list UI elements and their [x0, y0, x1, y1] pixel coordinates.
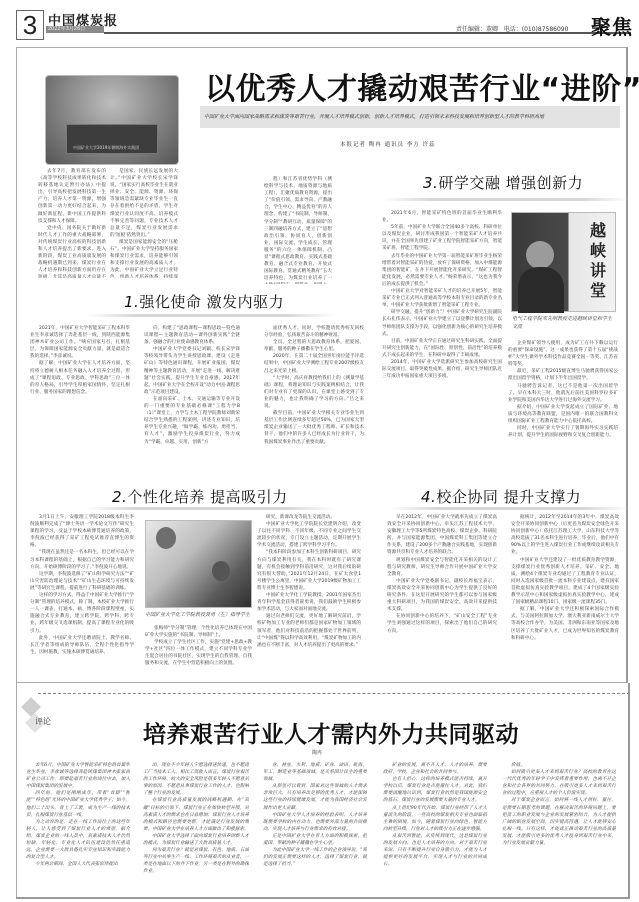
section-1-column-2: 向，构建了“思政课程—课程思政—特色通识课程—主题教育活动—课外创新实践”全链条… — [144, 325, 240, 465]
section-2-rule — [86, 507, 336, 510]
section-4-rule — [390, 507, 630, 510]
group-photo: 中国矿业大学2019年暑期海外实践团 — [45, 75, 179, 165]
lab-photo-caption: 中国矿业大学化工学院教授聂勇（左）指导学生 — [145, 611, 252, 619]
intro-column-3: 程）和江苏省优势学科（测绘科学与技术、地质资源与地质工程），汇聚优质教育资源，提… — [264, 176, 332, 284]
commentary-label: 评论 — [35, 716, 51, 727]
masthead-meta: 责任编辑：董卿 电话：(010)87586090 — [456, 24, 568, 33]
intro-column-2: 是国家、民族长远发展的大计。”中国矿业大学校长宋学锋说，“国家实行高校毕业生在就… — [110, 168, 178, 278]
headline: 以优秀人才撬动艰苦行业“进阶” — [205, 64, 639, 108]
speaker-figure — [526, 241, 554, 269]
section-4-column-2: 据统计，2012年至2014年的3年中，煤炭高效安全开采协同创新中心（后更名为煤… — [511, 514, 619, 682]
commentary-author: 陶冉 — [312, 749, 322, 756]
lecture-photo: 越峡讲堂 — [511, 212, 616, 312]
lecture-photo-caption: 电气工程学院邓先明教授走进越峡讲堂和学生交流 — [512, 315, 616, 331]
commentary-column-4: 矿业的发展，离不开人才，人才的培养，需要政府、学校、企业和社会的共同参与。 也有… — [383, 762, 487, 892]
masthead: 3 中国煤炭报 2022年3月26日 责任编辑：董卿 电话：(010)87586… — [0, 0, 639, 42]
commentary-column-1: 去年6月，中国矿业大学智能采矿特色班首届毕业生毕业，李彦诚等选择奔赴陕煤集团神木… — [26, 762, 130, 892]
section-2-column-1: 3月1日上午，安徽理工学院2018级本科生李倪波顺利完成了“博士英语一学术论文写… — [30, 514, 134, 682]
section-1-rule — [86, 314, 336, 317]
commentary-title: 培养艰苦行业人才需内外力共同驱动 — [143, 716, 519, 749]
page-number: 3 — [16, 10, 44, 40]
section-2-column-2: 张梅师“学分制”管理，个性化培养已体现在中国矿业大学实施的“书院制、导师制”上。… — [145, 625, 252, 681]
phone: 电话：(010)87586090 — [504, 26, 569, 33]
commentary-column-3: 业、林业、水利、地质、矿业、油田、航海、军工、制造业等基础领域，是关系国计民生的… — [263, 762, 367, 892]
section-3-column-1: 2021年6月，智能采矿特色班的首届毕业生顺利毕业。 5年前，中国矿业大学联合全… — [382, 210, 502, 480]
section-4-column-1: 早在2012年，中国矿业大学就率先成立了煤炭高效安全开采协同创新中心，牵头江苏工… — [387, 514, 497, 682]
commentary-column-5: 价值。 如何吸引更多人才来到艰苦行业？高校的教育在这一代代优秀的年轻学子中发挥着… — [502, 762, 616, 892]
section-1-column-3: 面优秀人才。同时，学校邀请优秀校友回校分享经验，弘扬艰苦奋斗的精神财富。 全员、… — [264, 325, 364, 465]
group-photo-banner: 中国矿业大学2019年暑期海外实践团 — [66, 124, 158, 154]
lab-photo — [145, 520, 252, 608]
section-4-heading: 4.校企协同 提升支撑力 — [421, 486, 581, 507]
section-3-heading: 3.研学交融 增强创新力 — [423, 172, 583, 193]
section-3-rule — [382, 198, 630, 201]
diamond-ornament-icon — [21, 697, 41, 717]
byline: 本报记者 陶冉 通讯员 李方 许蕊 — [340, 140, 436, 148]
section-name: 聚焦 — [591, 11, 633, 40]
deck: 中国矿业大学面向国家战略需求和煤炭等艰苦行业，开展人才培养模式创新，创新人才培养… — [200, 106, 620, 128]
commentary-dotted-rule — [38, 693, 630, 694]
editor: 责任编辑：董卿 — [456, 26, 498, 33]
paper-date: 2022年3月26日 — [46, 26, 104, 33]
section-2-heading: 2.个性化培养 提高吸引力 — [112, 486, 288, 507]
section-1-heading: 1.强化使命 激发内驱力 — [124, 291, 284, 312]
commentary-column-2: 出，现在不少年轻人宁愿选择送快递，也不愿进工厂当技术工人。相比工资收入而言，煤炭… — [143, 762, 249, 892]
intro-column-1: 去年7月，教育部在发布的《高等学校科技成果转化和技术转移基地认定暂行办法》中提出… — [38, 168, 106, 278]
section-3-column-2: 企业煤矿领导人使用，成为矿工在井下赖以运行的重要“保命设施”。这一成果也获得了第… — [508, 340, 618, 480]
section-2-column-3: 研究，新课改龙等院生交流活动。 中国矿业大学化工学院院长党建明介绍，改变了以往不… — [257, 514, 361, 682]
lecture-calligraphy: 越峡讲堂 — [587, 221, 609, 301]
section-1-column-1: 2021年，中国矿业大学智能采矿工程本科毕业生李彦诚选择了奔赴基层一线，到陕西能… — [30, 325, 130, 465]
